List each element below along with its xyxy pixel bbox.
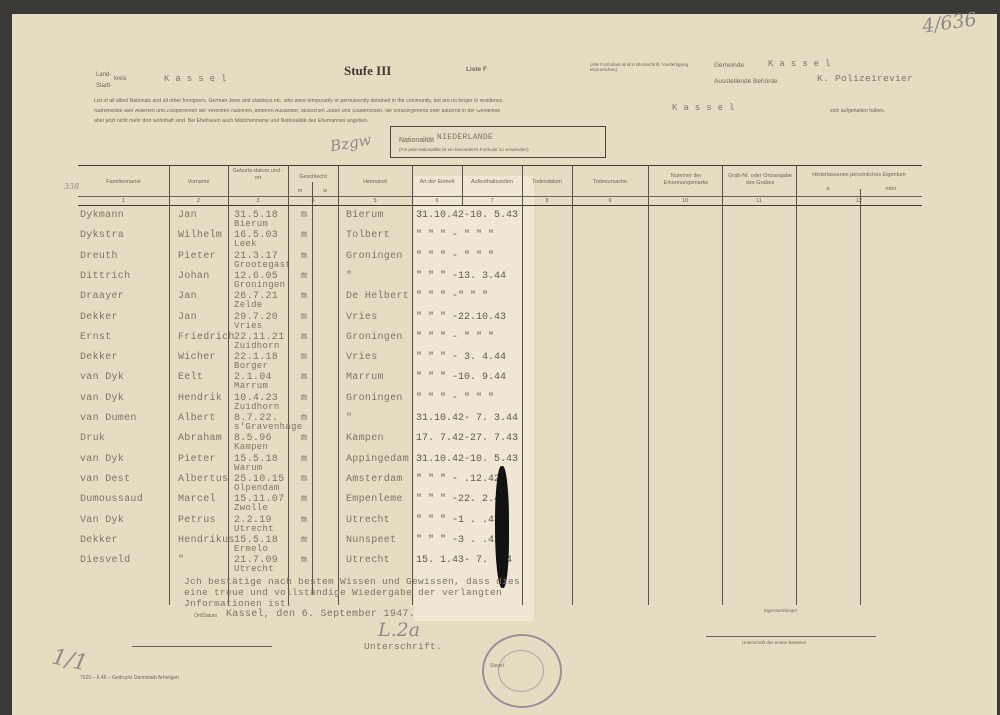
col-num-11: 11	[722, 198, 796, 205]
period-cell: " " " -22. 2.43	[416, 494, 506, 505]
given-name-cell: Albert	[178, 413, 216, 424]
col-num-4: 4	[288, 198, 338, 205]
col-divider	[572, 165, 573, 605]
surname-cell: Dreuth	[80, 251, 118, 262]
surname-cell: Druk	[80, 433, 105, 444]
home-town-cell: Empenleme	[346, 494, 403, 505]
col-divider	[796, 165, 797, 605]
corner-stamp-number: 338	[64, 182, 79, 191]
nationality-note: (Für jede Nationalität ist ein besondere…	[399, 148, 529, 153]
seal-label: Siegel	[490, 664, 504, 670]
sex-cell: m	[301, 230, 307, 241]
surname-cell: Dykmann	[80, 210, 124, 221]
col-divider	[522, 165, 523, 605]
gemeinde-label: Gemeinde	[714, 62, 744, 69]
sex-cell: m	[301, 312, 307, 323]
footer-code: 7620 – 6.46 – Gedruckt Darmstadt Arheilg…	[80, 676, 179, 682]
col-head-4-w: w	[312, 188, 338, 195]
birth-place-cell: Zwolle	[234, 503, 268, 513]
home-town-cell: Vries	[346, 352, 378, 363]
land-label: Land-	[96, 72, 111, 79]
intro-line-3: aber jetzt nicht mehr dort wohnhaft sind…	[94, 119, 594, 125]
sex-cell: m	[301, 535, 307, 546]
stamp-coat-of-arms	[498, 650, 544, 692]
surname-cell: Dekker	[80, 352, 118, 363]
sex-cell: m	[301, 372, 307, 383]
sex-cell: m	[301, 494, 307, 505]
given-name-cell: Albertus	[178, 474, 228, 485]
period-cell: " " " - 3. 4.44	[416, 352, 506, 363]
col-divider	[722, 165, 723, 605]
surname-cell: van Dest	[80, 474, 130, 485]
period-cell: 31.10.42-10. 5.43	[416, 454, 518, 465]
birth-place-cell: Vries	[234, 321, 263, 331]
sex-cell: m	[301, 474, 307, 485]
behoerde-value: K. Polizeirevier	[817, 73, 913, 84]
cert-line-3: Jnformationen ist.	[184, 598, 520, 609]
home-town-cell: "	[346, 271, 352, 282]
home-town-cell: Marrum	[346, 372, 384, 383]
home-town-cell: "	[346, 413, 352, 424]
col-head-6: Art der Einheit	[412, 179, 462, 186]
surname-cell: Van Dyk	[80, 515, 124, 526]
birth-place-cell: Leek	[234, 239, 257, 249]
given-name-cell: Eelt	[178, 372, 203, 383]
given-name-cell: Johan	[178, 271, 210, 282]
col-head-5: Heimatort	[338, 179, 412, 186]
sex-cell: m	[301, 433, 307, 444]
certification-text: Jch bestätige nach bestem Wissen und Gew…	[184, 576, 520, 609]
period-cell: " " " - " " "	[416, 393, 494, 404]
surname-cell: Dekker	[80, 535, 118, 546]
period-cell: " " " - " " "	[416, 230, 494, 241]
birth-place-cell: Olpendam	[234, 483, 280, 493]
col-num-10: 10	[648, 198, 722, 205]
period-cell: " " " -" " "	[416, 291, 488, 302]
sex-cell: m	[301, 413, 307, 424]
surname-cell: Dittrich	[80, 271, 130, 282]
nationality-value: NIEDERLANDE	[437, 133, 493, 142]
archive-number: 4/636	[921, 8, 978, 37]
sex-cell: m	[301, 393, 307, 404]
place-date-label: Ort/Datum	[194, 614, 217, 620]
document-page: 4/636 Land- Stadt- kreis K a s s e l Stu…	[12, 14, 997, 715]
behoerde-label: Ausstellende Behörde	[714, 78, 778, 85]
birth-place-cell: Utrecht	[234, 524, 274, 534]
sex-cell: m	[301, 515, 307, 526]
col-num-8: 8	[522, 198, 572, 205]
birth-place-cell: Zuidhorn	[234, 341, 280, 351]
col-head-1: Familienname	[78, 179, 169, 186]
pencil-mark: Bzgw	[329, 131, 373, 156]
home-town-cell: Appingedam	[346, 454, 409, 465]
given-name-cell: Jan	[178, 312, 197, 323]
given-name-cell: Marcel	[178, 494, 216, 505]
birth-place-cell: Utrecht	[234, 564, 274, 574]
surname-cell: van Dumen	[80, 413, 137, 424]
kreis-value: K a s s e l	[164, 74, 227, 84]
period-cell: 31.10.42- 7. 3.44	[416, 413, 518, 424]
period-cell: " " " -10. 9.44	[416, 372, 506, 383]
period-cell: " " " - " " "	[416, 251, 494, 262]
period-cell: " " " - .12.42	[416, 474, 500, 485]
col-head-9: Todesursache	[572, 179, 648, 186]
col-head-7: Aufenthaltszeiten	[462, 179, 522, 186]
surname-cell: Ernst	[80, 332, 112, 343]
margin-mark: 1/1	[50, 645, 90, 677]
intro-line-1: List of all allied Nationals and all oth…	[94, 99, 704, 105]
given-name-cell: Hendrikus	[178, 535, 235, 546]
col-head-4: Geschlecht	[288, 174, 338, 181]
given-name-cell: Petrus	[178, 515, 216, 526]
col-num-1: 1	[78, 198, 169, 205]
surname-cell: van Dyk	[80, 393, 124, 404]
birth-place-cell: Ermelo	[234, 544, 268, 554]
period-cell: " " " - " " "	[416, 332, 494, 343]
intro-line-2-end: sich aufgehalten haben,	[830, 109, 885, 115]
sex-cell: m	[301, 251, 307, 262]
birth-place-cell: Grootegast	[234, 260, 291, 270]
col-divider	[169, 165, 170, 605]
col-num-3: 3	[228, 198, 288, 205]
intro-place: K a s s e l	[672, 103, 735, 113]
intro-line-2: Namensliste aller Alliierten und Zivilpe…	[94, 109, 654, 115]
given-name-cell: Abraham	[178, 433, 222, 444]
given-name-cell: Pieter	[178, 251, 216, 262]
surname-cell: van Dyk	[80, 372, 124, 383]
sex-cell: m	[301, 352, 307, 363]
nationality-label: Nationalität	[399, 137, 434, 145]
handwritten-initials: L.2a	[378, 619, 420, 641]
col-num-2: 2	[169, 198, 228, 205]
col-num-7: 7	[462, 198, 522, 205]
home-town-cell: Kampen	[346, 433, 384, 444]
birth-place-cell: Zuidhorn	[234, 402, 280, 412]
home-town-cell: Groningen	[346, 332, 403, 343]
col-head-12-b: oder	[860, 186, 922, 193]
col-head-11: Grab-Nr. oder Ortsangabe des Grabes	[726, 173, 794, 187]
surname-cell: Dekker	[80, 312, 118, 323]
col-divider	[412, 165, 413, 605]
surname-cell: Draayer	[80, 291, 124, 302]
home-town-cell: Bierum	[346, 210, 384, 221]
col-head-12: Hinterlassenes persönliches Eigentum	[796, 172, 922, 179]
sex-cell: m	[301, 454, 307, 465]
sex-cell: m	[301, 271, 307, 282]
given-name-cell: Hendrik	[178, 393, 222, 404]
col-num-9: 9	[572, 198, 648, 205]
home-town-cell: Tolbert	[346, 230, 390, 241]
birth-place-cell: Zelde	[234, 300, 263, 310]
period-cell: " " " -1 . .43	[416, 515, 500, 526]
col-num-5: 5	[338, 198, 412, 205]
col-head-10: Nummer der Erkennungsmarke	[652, 173, 720, 187]
col-num-6: 6	[412, 198, 462, 205]
kreis-label: kreis	[114, 76, 127, 83]
document-title: Stufe III	[344, 63, 391, 79]
given-name-cell: Wicher	[178, 352, 216, 363]
form-instruction: (Alle Formulare sind in Blockschrift / A…	[590, 63, 690, 73]
surname-cell: Diesveld	[80, 555, 130, 566]
birth-place-cell: Groningen	[234, 280, 285, 290]
period-cell: " " " -13. 3.44	[416, 271, 506, 282]
sex-cell: m	[301, 332, 307, 343]
sex-cell: m	[301, 291, 307, 302]
birth-place-cell: Borger	[234, 361, 268, 371]
home-town-cell: Amsterdam	[346, 474, 403, 485]
liste-label: Liste F	[466, 66, 487, 73]
nationality-box: Nationalität NIEDERLANDE (Für jede Natio…	[390, 126, 606, 158]
home-town-cell: Groningen	[346, 251, 403, 262]
period-cell: 31.10.42-10. 5.43	[416, 210, 518, 221]
stadt-label: Stadt-	[96, 83, 112, 90]
col-head-3: Geburts-datum und -ort	[231, 168, 285, 182]
col-head-4-m: m	[288, 188, 312, 195]
official-stamp: Siegel	[482, 634, 562, 708]
col-num-12: 12	[796, 198, 922, 205]
home-town-cell: Vries	[346, 312, 378, 323]
birth-place-cell: Bierum	[234, 219, 268, 229]
birth-place-cell: Kampen	[234, 442, 268, 452]
col-head-2: Vorname	[169, 179, 228, 186]
ink-blot	[495, 466, 509, 588]
surname-cell: Dumoussaud	[80, 494, 143, 505]
col-divider	[648, 165, 649, 605]
given-name-cell: "	[178, 555, 184, 566]
signature-label: Unterschrift.	[364, 641, 442, 652]
birth-place-cell: Warum	[234, 463, 263, 473]
col-divider	[312, 182, 313, 595]
cert-line-1: Jch bestätige nach bestem Wissen und Gew…	[184, 576, 520, 587]
given-name-cell: Jan	[178, 210, 197, 221]
given-name-cell: Wilhelm	[178, 230, 222, 241]
surname-cell: van Dyk	[80, 454, 124, 465]
col-head-12-a: a	[796, 186, 860, 193]
period-cell: 17. 7.42-27. 7.43	[416, 433, 518, 444]
cert-line-2: eine treue und vollständige Wiedergabe d…	[184, 587, 520, 598]
right-bottom-label: Unterschrift des ersten Beamten	[742, 641, 807, 646]
surname-cell: Dykstra	[80, 230, 124, 241]
given-name-cell: Jan	[178, 291, 197, 302]
signature-line-left	[132, 646, 272, 647]
col-divider	[338, 165, 339, 605]
sex-cell: m	[301, 555, 307, 566]
given-name-cell: Pieter	[178, 454, 216, 465]
col-head-8: Todesdatum	[522, 179, 572, 186]
home-town-cell: Groningen	[346, 393, 403, 404]
gemeinde-value: K a s s e l	[768, 59, 831, 69]
col-divider	[860, 189, 861, 605]
signature-line-right	[706, 636, 876, 637]
period-cell: " " " -3 . .42	[416, 535, 500, 546]
period-cell: " " " -22.10.43	[416, 312, 506, 323]
home-town-cell: Utrecht	[346, 515, 390, 526]
sex-cell: m	[301, 210, 307, 221]
col-divider	[288, 165, 289, 605]
right-sig-label: Eigentum/Siegel	[764, 609, 797, 614]
birth-place-cell: s'Gravenhage	[234, 422, 302, 432]
birth-place-cell: Marrum	[234, 381, 268, 391]
home-town-cell: De Helbert	[346, 291, 409, 302]
home-town-cell: Nunspeet	[346, 535, 396, 546]
given-name-cell: Friedrich	[178, 332, 235, 343]
home-town-cell: Utrecht	[346, 555, 390, 566]
